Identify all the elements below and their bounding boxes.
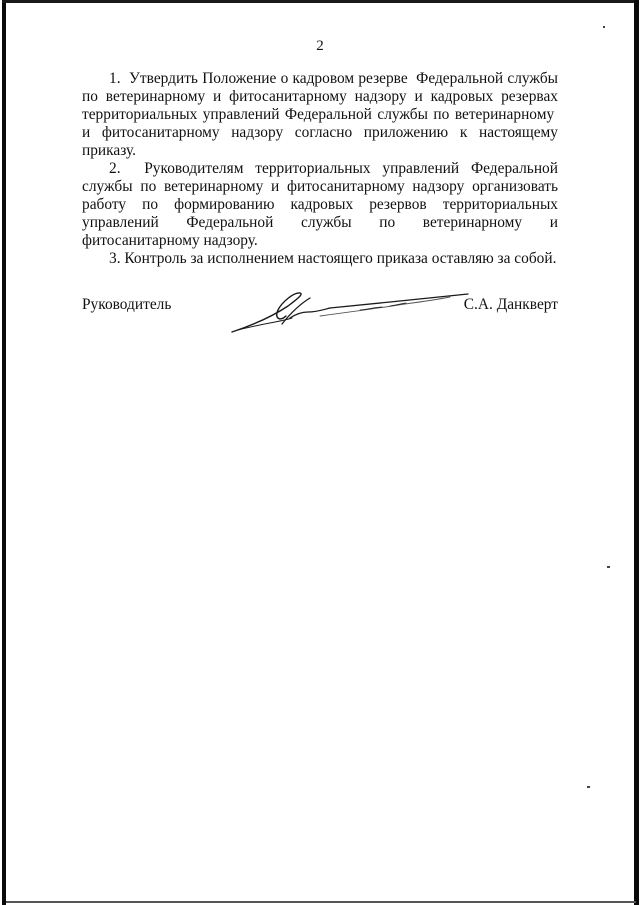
handwritten-signature-icon [230,288,475,338]
document-body: 1. Утвердить Положение о кадровом резерв… [82,70,558,268]
signature-block: Руководитель С.А. Данкверт [82,288,558,338]
signatory-name: С.А. Данкверт [464,296,558,314]
paragraph-3: 3. Контроль за исполнением настоящего пр… [82,250,558,268]
scan-border-left [2,0,6,905]
scan-border-bottom [6,901,636,903]
page-number: 2 [0,37,640,55]
scan-speck [603,26,605,28]
scan-speck [587,786,590,788]
scan-speck [607,566,610,568]
scan-border-right [634,0,639,905]
scan-border-top [2,0,637,3]
signatory-title: Руководитель [82,296,171,314]
paragraph-2: 2. Руководителям территориальных управле… [82,160,558,250]
paragraph-1: 1. Утвердить Положение о кадровом резерв… [82,70,558,160]
